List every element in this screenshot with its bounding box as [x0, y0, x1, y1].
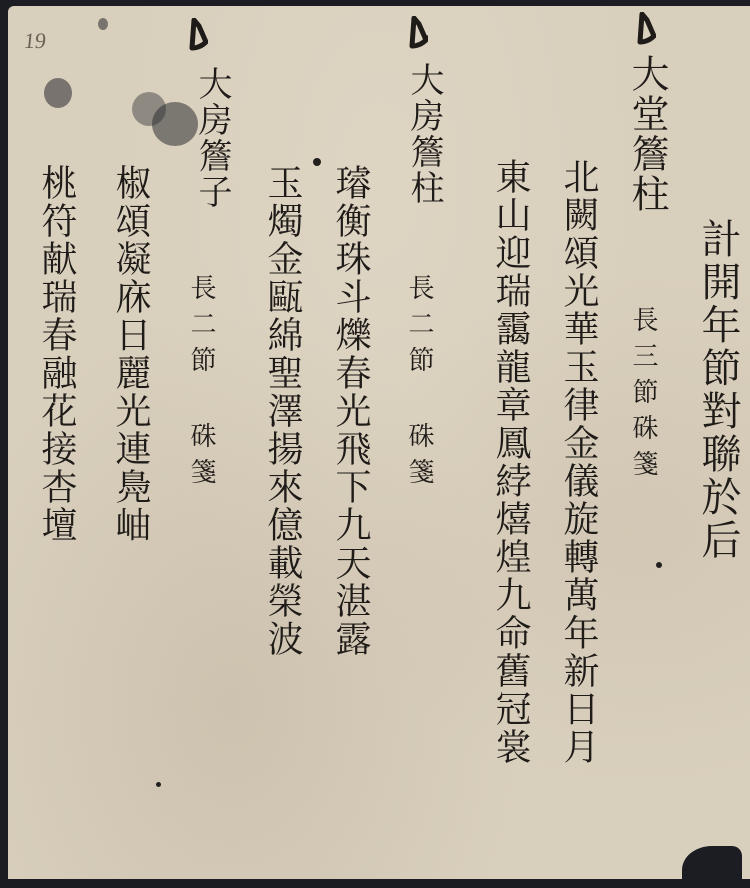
manuscript-page: 19 計開年節對聯於后 大堂簷柱 長三節硃箋 北闕頌光華玉律金儀旋轉萬年新日月 … — [8, 6, 750, 879]
section-note: 長二節 硃箋 — [406, 274, 432, 494]
couplet-line: 北闕頌光華玉律金儀旋轉萬年新日月 — [560, 158, 596, 766]
ink-dot — [156, 782, 161, 787]
section-heading: 大房簷柱 — [400, 62, 449, 206]
folio-number: 19 — [23, 28, 48, 54]
hook-marker-icon — [188, 18, 208, 52]
couplet-line: 椒頌凝庥日麗光連鳧岫 — [112, 164, 148, 544]
ink-blot — [44, 78, 72, 108]
section-heading: 大堂簷柱 — [620, 54, 675, 214]
ink-dot — [656, 562, 662, 568]
section-note: 長三節硃箋 — [630, 306, 656, 486]
couplet-line: 璿衡珠斗爍春光飛下九天湛露 — [332, 164, 368, 658]
document-title: 計開年節對聯於后 — [690, 218, 747, 562]
section-note: 長二節 硃箋 — [188, 274, 214, 494]
hook-marker-icon — [408, 16, 428, 50]
couplet-line: 東山迎瑞靄龍章鳳綍熺煌九命舊冠裳 — [492, 158, 528, 766]
couplet-line: 玉燭金甌綿聖澤揚來億載榮波 — [264, 164, 300, 658]
section-heading: 大房簷子 — [188, 66, 237, 210]
ink-dot — [313, 158, 321, 166]
ink-blot — [98, 18, 108, 30]
couplet-line: 桃符献瑞春融花接杏壇 — [38, 164, 74, 544]
hook-marker-icon — [636, 12, 656, 46]
